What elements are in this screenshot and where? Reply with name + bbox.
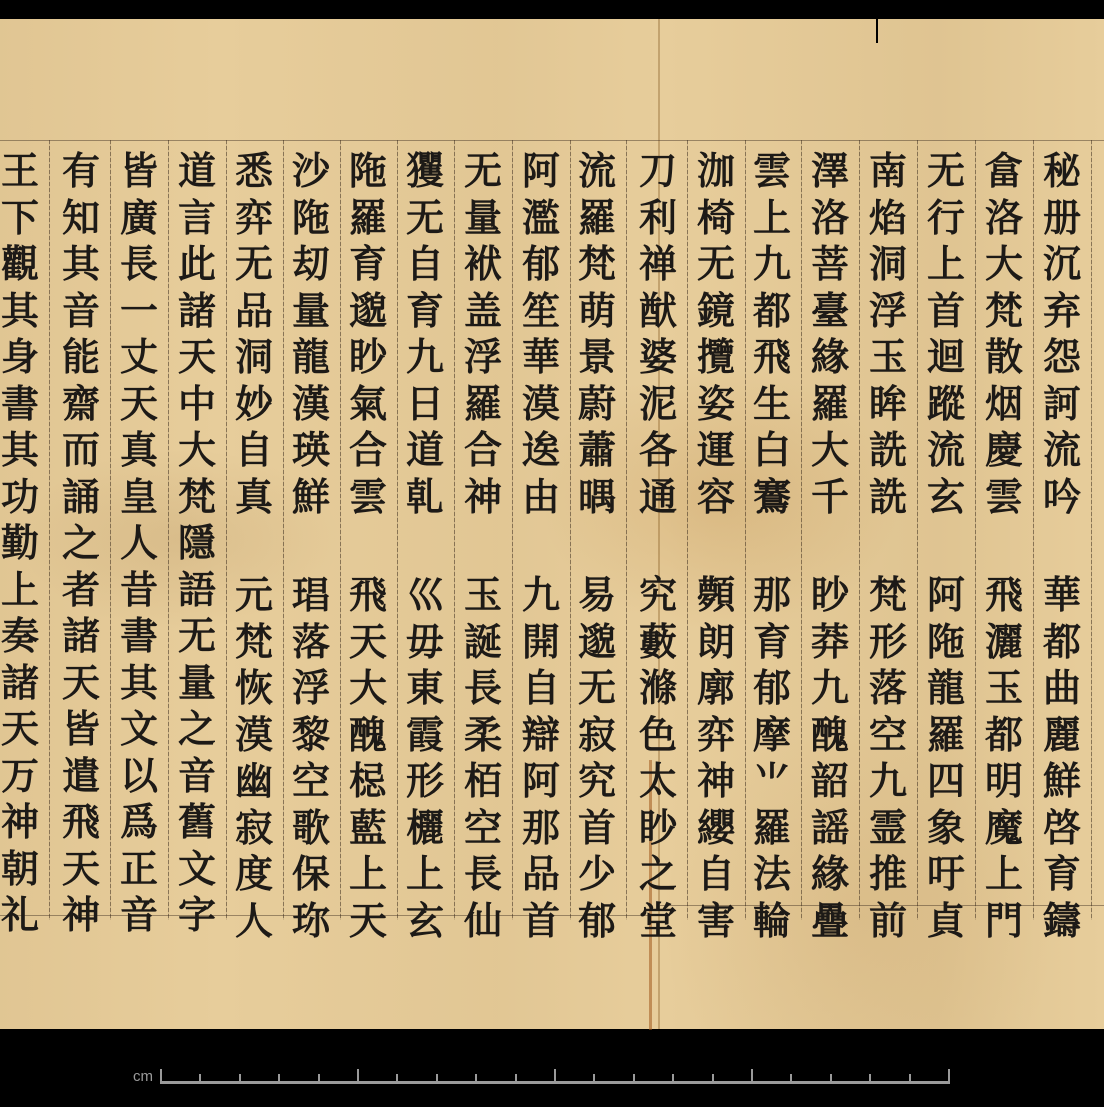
glyph: 人 xyxy=(235,898,273,945)
glyph: 朗 xyxy=(697,619,735,666)
glyph: 无 xyxy=(927,148,965,195)
glyph: 寂 xyxy=(578,712,616,759)
glyph: 刀 xyxy=(639,148,677,195)
glyph: 南 xyxy=(869,148,907,195)
glyph: 天 xyxy=(349,619,387,666)
glyph: 濫 xyxy=(522,195,560,242)
glyph: 天 xyxy=(349,898,387,945)
glyph: 玃 xyxy=(406,148,444,195)
glyph: 散 xyxy=(985,334,1023,381)
glyph: 舊 xyxy=(178,799,216,846)
glyph: 首 xyxy=(927,288,965,335)
glyph: 度 xyxy=(235,851,273,898)
glyph: 泥 xyxy=(639,381,677,428)
glyph: 无 xyxy=(178,613,216,660)
glyph: 長 xyxy=(120,241,158,288)
glyph: 啓 xyxy=(1043,805,1081,852)
scale-tick xyxy=(633,1074,635,1082)
glyph: 神 xyxy=(1,799,39,846)
glyph: 之 xyxy=(639,851,677,898)
glyph: 道 xyxy=(406,427,444,474)
scale-tick xyxy=(790,1074,792,1082)
glyph: 空 xyxy=(869,712,907,759)
glyph: 沙 xyxy=(292,148,330,195)
scale-tick xyxy=(475,1074,477,1082)
scale-tick xyxy=(948,1069,950,1082)
glyph: 漠 xyxy=(235,712,273,759)
glyph: 爲 xyxy=(120,799,158,846)
glyph: 沉 xyxy=(1043,241,1081,288)
glyph: 自 xyxy=(522,665,560,712)
glyph: 羅 xyxy=(753,805,791,852)
glyph: 華 xyxy=(1043,572,1081,619)
glyph: 都 xyxy=(985,712,1023,759)
glyph: 郁 xyxy=(522,241,560,288)
glyph: 運 xyxy=(697,427,735,474)
glyph: 書 xyxy=(1,381,39,428)
glyph: 量 xyxy=(464,195,502,242)
glyph: 霊 xyxy=(869,805,907,852)
glyph: 勤 xyxy=(1,520,39,567)
glyph: 浮 xyxy=(292,665,330,712)
glyph: 陁 xyxy=(292,195,330,242)
glyph: 玉 xyxy=(869,334,907,381)
glyph: 陁 xyxy=(927,619,965,666)
glyph: 九 xyxy=(406,334,444,381)
glyph: 育 xyxy=(406,288,444,335)
glyph: 郁 xyxy=(753,665,791,712)
glyph: 詵 xyxy=(869,427,907,474)
text-column-top: 皆廣長一丈天真皇人昔書其文以爲正音 xyxy=(111,148,167,939)
glyph: 輪 xyxy=(753,898,791,945)
glyph: 觀 xyxy=(1,241,39,288)
glyph: 玄 xyxy=(927,474,965,521)
glyph: 醜 xyxy=(349,712,387,759)
glyph: 諸 xyxy=(1,660,39,707)
glyph: 那 xyxy=(522,805,560,852)
scale-tick xyxy=(278,1074,280,1082)
glyph: 空 xyxy=(292,758,330,805)
glyph: 栢 xyxy=(464,758,502,805)
glyph: 眸 xyxy=(869,381,907,428)
glyph: 四 xyxy=(927,758,965,805)
glyph: 龍 xyxy=(292,334,330,381)
text-column-top: 澤洛菩臺緣羅大千 xyxy=(802,148,858,520)
glyph: 万 xyxy=(1,753,39,800)
glyph: 礼 xyxy=(1,892,39,939)
glyph: 泇 xyxy=(697,148,735,195)
glyph: 玉 xyxy=(985,665,1023,712)
glyph: 鮮 xyxy=(292,474,330,521)
glyph: 王 xyxy=(1,148,39,195)
scale-tick xyxy=(830,1074,832,1082)
text-column-top: 悉弈无品洞妙自真 xyxy=(226,148,282,520)
glyph: 辯 xyxy=(522,712,560,759)
glyph: 合 xyxy=(349,427,387,474)
glyph: 誦 xyxy=(62,474,100,521)
text-column-top: 无行上首迴蹤流玄 xyxy=(918,148,974,520)
glyph: 麗 xyxy=(1043,712,1081,759)
glyph: 笙 xyxy=(522,288,560,335)
glyph: 羅 xyxy=(927,712,965,759)
glyph: 九 xyxy=(522,572,560,619)
paper-tear xyxy=(876,19,878,43)
glyph: 珎 xyxy=(292,898,330,945)
glyph: 乹 xyxy=(406,474,444,521)
text-column-bottom: 顭朗廓弈神纓自害 xyxy=(688,572,744,944)
glyph: 洛 xyxy=(985,195,1023,242)
glyph: 各 xyxy=(639,427,677,474)
glyph: 謡 xyxy=(811,805,849,852)
glyph: 神 xyxy=(62,892,100,939)
glyph: 天 xyxy=(62,660,100,707)
glyph: 飛 xyxy=(985,572,1023,619)
glyph: ⺌ xyxy=(753,758,791,805)
glyph: 天 xyxy=(120,381,158,428)
glyph: 阿 xyxy=(522,758,560,805)
glyph: 有 xyxy=(62,148,100,195)
glyph: 霞 xyxy=(406,712,444,759)
glyph: 大 xyxy=(349,665,387,712)
glyph: 落 xyxy=(292,619,330,666)
glyph: 合 xyxy=(464,427,502,474)
glyph: 落 xyxy=(869,665,907,712)
glyph: 千 xyxy=(811,474,849,521)
glyph: 首 xyxy=(522,898,560,945)
text-column-top: 畣洛大梵散烟慶雲 xyxy=(976,148,1032,520)
scale-tick xyxy=(199,1074,201,1082)
glyph: 弈 xyxy=(697,712,735,759)
glyph: 怨 xyxy=(1043,334,1081,381)
glyph: 秘 xyxy=(1043,148,1081,195)
glyph: 量 xyxy=(178,660,216,707)
glyph: 明 xyxy=(985,758,1023,805)
glyph: 以 xyxy=(120,753,158,800)
glyph: 量 xyxy=(292,288,330,335)
glyph: 眇 xyxy=(811,572,849,619)
glyph: 能 xyxy=(62,334,100,381)
glyph: 幽 xyxy=(235,758,273,805)
scale-tick xyxy=(318,1074,320,1082)
glyph: 疊 xyxy=(811,898,849,945)
glyph: 保 xyxy=(292,851,330,898)
glyph: 梵 xyxy=(985,288,1023,335)
glyph: 无 xyxy=(697,241,735,288)
glyph: 空 xyxy=(464,805,502,852)
glyph: 太 xyxy=(639,758,677,805)
glyph: 育 xyxy=(349,241,387,288)
glyph: 迴 xyxy=(927,334,965,381)
glyph: 廓 xyxy=(697,665,735,712)
glyph: 漠 xyxy=(522,381,560,428)
glyph: 皆 xyxy=(62,706,100,753)
glyph: 自 xyxy=(406,241,444,288)
text-column-top: 玃无自育九日道乹 xyxy=(397,148,453,520)
glyph: 玉 xyxy=(464,572,502,619)
glyph: 象 xyxy=(927,805,965,852)
glyph: 神 xyxy=(697,758,735,805)
glyph: 逘 xyxy=(522,427,560,474)
glyph: 刧 xyxy=(292,241,330,288)
glyph: 究 xyxy=(639,572,677,619)
glyph: 開 xyxy=(522,619,560,666)
glyph: 袱 xyxy=(464,241,502,288)
text-column-bottom: 阿陁龍羅四象吁貞 xyxy=(918,572,974,944)
glyph: 上 xyxy=(985,851,1023,898)
glyph: 雲 xyxy=(753,148,791,195)
glyph: 貞 xyxy=(927,898,965,945)
glyph: 顭 xyxy=(697,572,735,619)
glyph: 那 xyxy=(753,572,791,619)
glyph: 烟 xyxy=(985,381,1023,428)
glyph: 其 xyxy=(1,427,39,474)
glyph: 品 xyxy=(522,851,560,898)
glyph: 醜 xyxy=(811,712,849,759)
glyph: 大 xyxy=(811,427,849,474)
glyph: 形 xyxy=(406,758,444,805)
glyph: 都 xyxy=(1043,619,1081,666)
glyph: 訶 xyxy=(1043,381,1081,428)
glyph: 音 xyxy=(62,288,100,335)
glyph: 羅 xyxy=(464,381,502,428)
glyph: 九 xyxy=(753,241,791,288)
text-column-bottom: 飛天大醜梞藍上天 xyxy=(340,572,396,944)
glyph: 藍 xyxy=(349,805,387,852)
glyph: 玄 xyxy=(406,898,444,945)
glyph: 生 xyxy=(753,381,791,428)
scale-tick xyxy=(160,1069,162,1082)
text-column-top: 南焰洞浮玉眸詵詵 xyxy=(860,148,916,520)
glyph: 易 xyxy=(578,572,616,619)
glyph: 柔 xyxy=(464,712,502,759)
text-column-top: 道言此諸天中大梵隱語无量之音舊文字 xyxy=(169,148,225,939)
glyph: 上 xyxy=(927,241,965,288)
glyph: 氣 xyxy=(349,381,387,428)
glyph: 育 xyxy=(1043,851,1081,898)
glyph: 而 xyxy=(62,427,100,474)
glyph: 纓 xyxy=(697,805,735,852)
glyph: 其 xyxy=(62,241,100,288)
glyph: 功 xyxy=(1,474,39,521)
glyph: 此 xyxy=(178,241,216,288)
glyph: 羅 xyxy=(349,195,387,242)
glyph: 曲 xyxy=(1043,665,1081,712)
glyph: 毋 xyxy=(406,619,444,666)
glyph: 鑄 xyxy=(1043,898,1081,945)
glyph: 少 xyxy=(578,851,616,898)
scale-tick xyxy=(593,1074,595,1082)
text-column-bottom: 玉誕長柔栢空長仙 xyxy=(455,572,511,944)
glyph: 色 xyxy=(639,712,677,759)
text-column-top: 有知其音能齋而誦之者諸天皆遣飛天神 xyxy=(53,148,109,939)
glyph: 洞 xyxy=(235,334,273,381)
glyph: 白 xyxy=(753,427,791,474)
glyph: 焰 xyxy=(869,195,907,242)
glyph: 通 xyxy=(639,474,677,521)
text-column-bottom: 巛毋東霞形欐上玄 xyxy=(397,572,453,944)
glyph: 慶 xyxy=(985,427,1023,474)
glyph: 蔚 xyxy=(578,381,616,428)
glyph: 莽 xyxy=(811,619,849,666)
glyph: 飛 xyxy=(753,334,791,381)
glyph: 巛 xyxy=(406,572,444,619)
glyph: 流 xyxy=(578,148,616,195)
glyph: 一 xyxy=(120,288,158,335)
text-column-top: 泇椅无鏡攬姿運容 xyxy=(688,148,744,520)
glyph: 寂 xyxy=(235,805,273,852)
glyph: 廣 xyxy=(120,195,158,242)
glyph: 摩 xyxy=(753,712,791,759)
glyph: 皇 xyxy=(120,474,158,521)
glyph: 龍 xyxy=(927,665,965,712)
glyph: 書 xyxy=(120,613,158,660)
glyph: 瑛 xyxy=(292,427,330,474)
scale-bar: cm xyxy=(130,1062,960,1092)
glyph: 日 xyxy=(406,381,444,428)
scale-tick xyxy=(436,1074,438,1082)
glyph: 羅 xyxy=(578,195,616,242)
glyph: 攬 xyxy=(697,334,735,381)
text-column-bottom: 梵形落空九霊推前 xyxy=(860,572,916,944)
glyph: 澤 xyxy=(811,148,849,195)
glyph: 雲 xyxy=(985,474,1023,521)
glyph: 藪 xyxy=(639,619,677,666)
glyph: 鮮 xyxy=(1043,758,1081,805)
glyph: 語 xyxy=(178,567,216,614)
glyph: 其 xyxy=(120,660,158,707)
glyph: 法 xyxy=(753,851,791,898)
glyph: 浮 xyxy=(464,334,502,381)
glyph: 天 xyxy=(178,334,216,381)
glyph: 无 xyxy=(406,195,444,242)
text-column-bottom: 易邈无寂究首少郁 xyxy=(569,572,625,944)
glyph: 音 xyxy=(120,892,158,939)
glyph: 陁 xyxy=(349,148,387,195)
glyph: 皆 xyxy=(120,148,158,195)
glyph: 九 xyxy=(869,758,907,805)
text-column-bottom: 琩落浮黎空歌保珎 xyxy=(283,572,339,944)
glyph: 長 xyxy=(464,851,502,898)
glyph: 邈 xyxy=(578,619,616,666)
glyph: 言 xyxy=(178,195,216,242)
glyph: 蹤 xyxy=(927,381,965,428)
glyph: 鏡 xyxy=(697,288,735,335)
glyph: 妙 xyxy=(235,381,273,428)
glyph: 真 xyxy=(120,427,158,474)
glyph: 吁 xyxy=(927,851,965,898)
glyph: 遣 xyxy=(62,753,100,800)
glyph: 洞 xyxy=(869,241,907,288)
glyph: 九 xyxy=(811,665,849,712)
glyph: 臺 xyxy=(811,288,849,335)
scale-tick xyxy=(869,1074,871,1082)
glyph: 音 xyxy=(178,753,216,800)
glyph: 飛 xyxy=(62,799,100,846)
glyph: 梵 xyxy=(235,619,273,666)
glyph: 鶱 xyxy=(753,474,791,521)
scale-tick xyxy=(672,1074,674,1082)
glyph: 門 xyxy=(985,898,1023,945)
glyph: 悉 xyxy=(235,148,273,195)
glyph: 前 xyxy=(869,898,907,945)
glyph: 利 xyxy=(639,195,677,242)
glyph: 誕 xyxy=(464,619,502,666)
glyph: 羅 xyxy=(811,381,849,428)
scale-tick xyxy=(751,1069,753,1082)
glyph: 滌 xyxy=(639,665,677,712)
column-ruling-line xyxy=(1091,140,1092,920)
glyph: 㬂 xyxy=(578,474,616,521)
glyph: 上 xyxy=(753,195,791,242)
glyph: 邈 xyxy=(349,288,387,335)
top-ruling-line xyxy=(0,140,1104,141)
glyph: 奏 xyxy=(1,613,39,660)
glyph: 蕭 xyxy=(578,427,616,474)
text-column-bottom: 那育郁摩⺌羅法輪 xyxy=(744,572,800,944)
glyph: 華 xyxy=(522,334,560,381)
glyph: 韶 xyxy=(811,758,849,805)
glyph: 上 xyxy=(349,851,387,898)
glyph: 无 xyxy=(578,665,616,712)
glyph: 畣 xyxy=(985,148,1023,195)
glyph: 大 xyxy=(985,241,1023,288)
glyph: 弃 xyxy=(1043,288,1081,335)
glyph: 中 xyxy=(178,381,216,428)
glyph: 眇 xyxy=(639,805,677,852)
glyph: 欐 xyxy=(406,805,444,852)
glyph: 郁 xyxy=(578,898,616,945)
glyph: 身 xyxy=(1,334,39,381)
glyph: 堂 xyxy=(639,898,677,945)
glyph: 者 xyxy=(62,567,100,614)
glyph: 長 xyxy=(464,665,502,712)
glyph: 萌 xyxy=(578,288,616,335)
glyph: 天 xyxy=(1,706,39,753)
text-column-top: 王下觀其身書其功勤上奏諸天万神朝礼 xyxy=(0,148,48,939)
glyph: 弈 xyxy=(235,195,273,242)
text-column-bottom: 究藪滌色太眇之堂 xyxy=(630,572,686,944)
glyph: 害 xyxy=(697,898,735,945)
scale-tick xyxy=(554,1069,556,1082)
text-column-top: 雲上九都飛生白鶱 xyxy=(744,148,800,520)
glyph: 東 xyxy=(406,665,444,712)
glyph: 猷 xyxy=(639,288,677,335)
text-column-top: 沙陁刧量龍漢瑛鮮 xyxy=(283,148,339,520)
glyph: 其 xyxy=(1,288,39,335)
glyph: 究 xyxy=(578,758,616,805)
text-column-bottom: 華都曲麗鮮啓育鑄 xyxy=(1034,572,1090,944)
glyph: 天 xyxy=(62,846,100,893)
column-ruling-line xyxy=(626,140,627,920)
glyph: 阿 xyxy=(522,148,560,195)
scale-tick xyxy=(515,1074,517,1082)
glyph: 魔 xyxy=(985,805,1023,852)
glyph: 雲 xyxy=(349,474,387,521)
glyph: 品 xyxy=(235,288,273,335)
glyph: 容 xyxy=(697,474,735,521)
glyph: 梵 xyxy=(869,572,907,619)
glyph: 恢 xyxy=(235,665,273,712)
scale-tick xyxy=(239,1074,241,1082)
glyph: 漢 xyxy=(292,381,330,428)
glyph: 歌 xyxy=(292,805,330,852)
glyph: 册 xyxy=(1043,195,1081,242)
glyph: 人 xyxy=(120,520,158,567)
glyph: 梵 xyxy=(578,241,616,288)
glyph: 椅 xyxy=(697,195,735,242)
glyph: 育 xyxy=(753,619,791,666)
glyph: 諸 xyxy=(62,613,100,660)
